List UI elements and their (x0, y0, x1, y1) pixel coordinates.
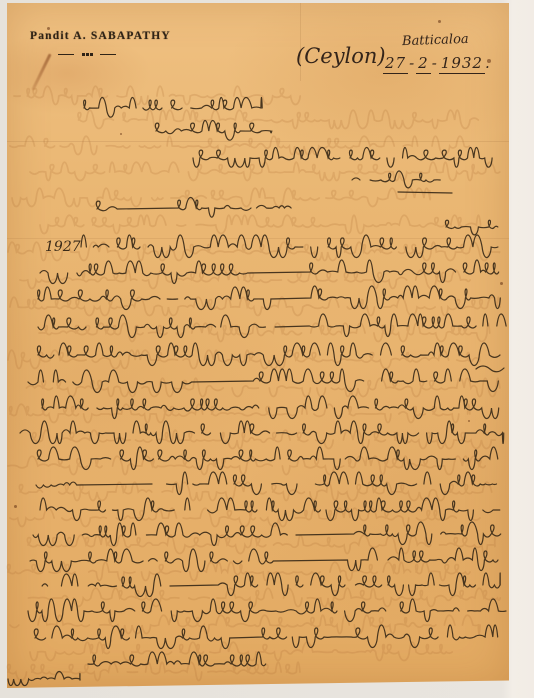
foxing-speck (487, 59, 491, 63)
scanned-letter-page: 1927 Pandit A. SABAPATHY Batticaloa (Cey… (0, 0, 534, 698)
handwritten-country: (Ceylon) (296, 44, 386, 68)
rule-dash (58, 54, 74, 55)
handwritten-date: 27-2-1932. (383, 54, 491, 74)
foxing-speck (500, 282, 503, 285)
rule-dots (82, 53, 93, 56)
date-year: 1932 (439, 54, 485, 74)
date-suffix: . (485, 54, 491, 72)
date-month: 2 (416, 54, 431, 74)
foxing-speck (120, 133, 122, 135)
foxing-speck (468, 420, 470, 422)
handwritten-place: Batticaloa (402, 32, 469, 49)
date-separator: - (408, 54, 416, 72)
foxing-speck (14, 505, 17, 508)
letter-paper (7, 3, 509, 688)
horizontal-crease (7, 141, 509, 142)
foxing-speck (47, 27, 50, 30)
letterhead-rule (58, 53, 116, 56)
vertical-crease (300, 3, 301, 81)
foxing-speck (438, 20, 441, 23)
date-separator: - (431, 54, 439, 72)
rule-dash (100, 54, 116, 55)
horizontal-crease (7, 238, 509, 239)
date-day: 27 (383, 54, 408, 74)
letterhead-name: Pandit A. SABAPATHY (30, 30, 171, 42)
